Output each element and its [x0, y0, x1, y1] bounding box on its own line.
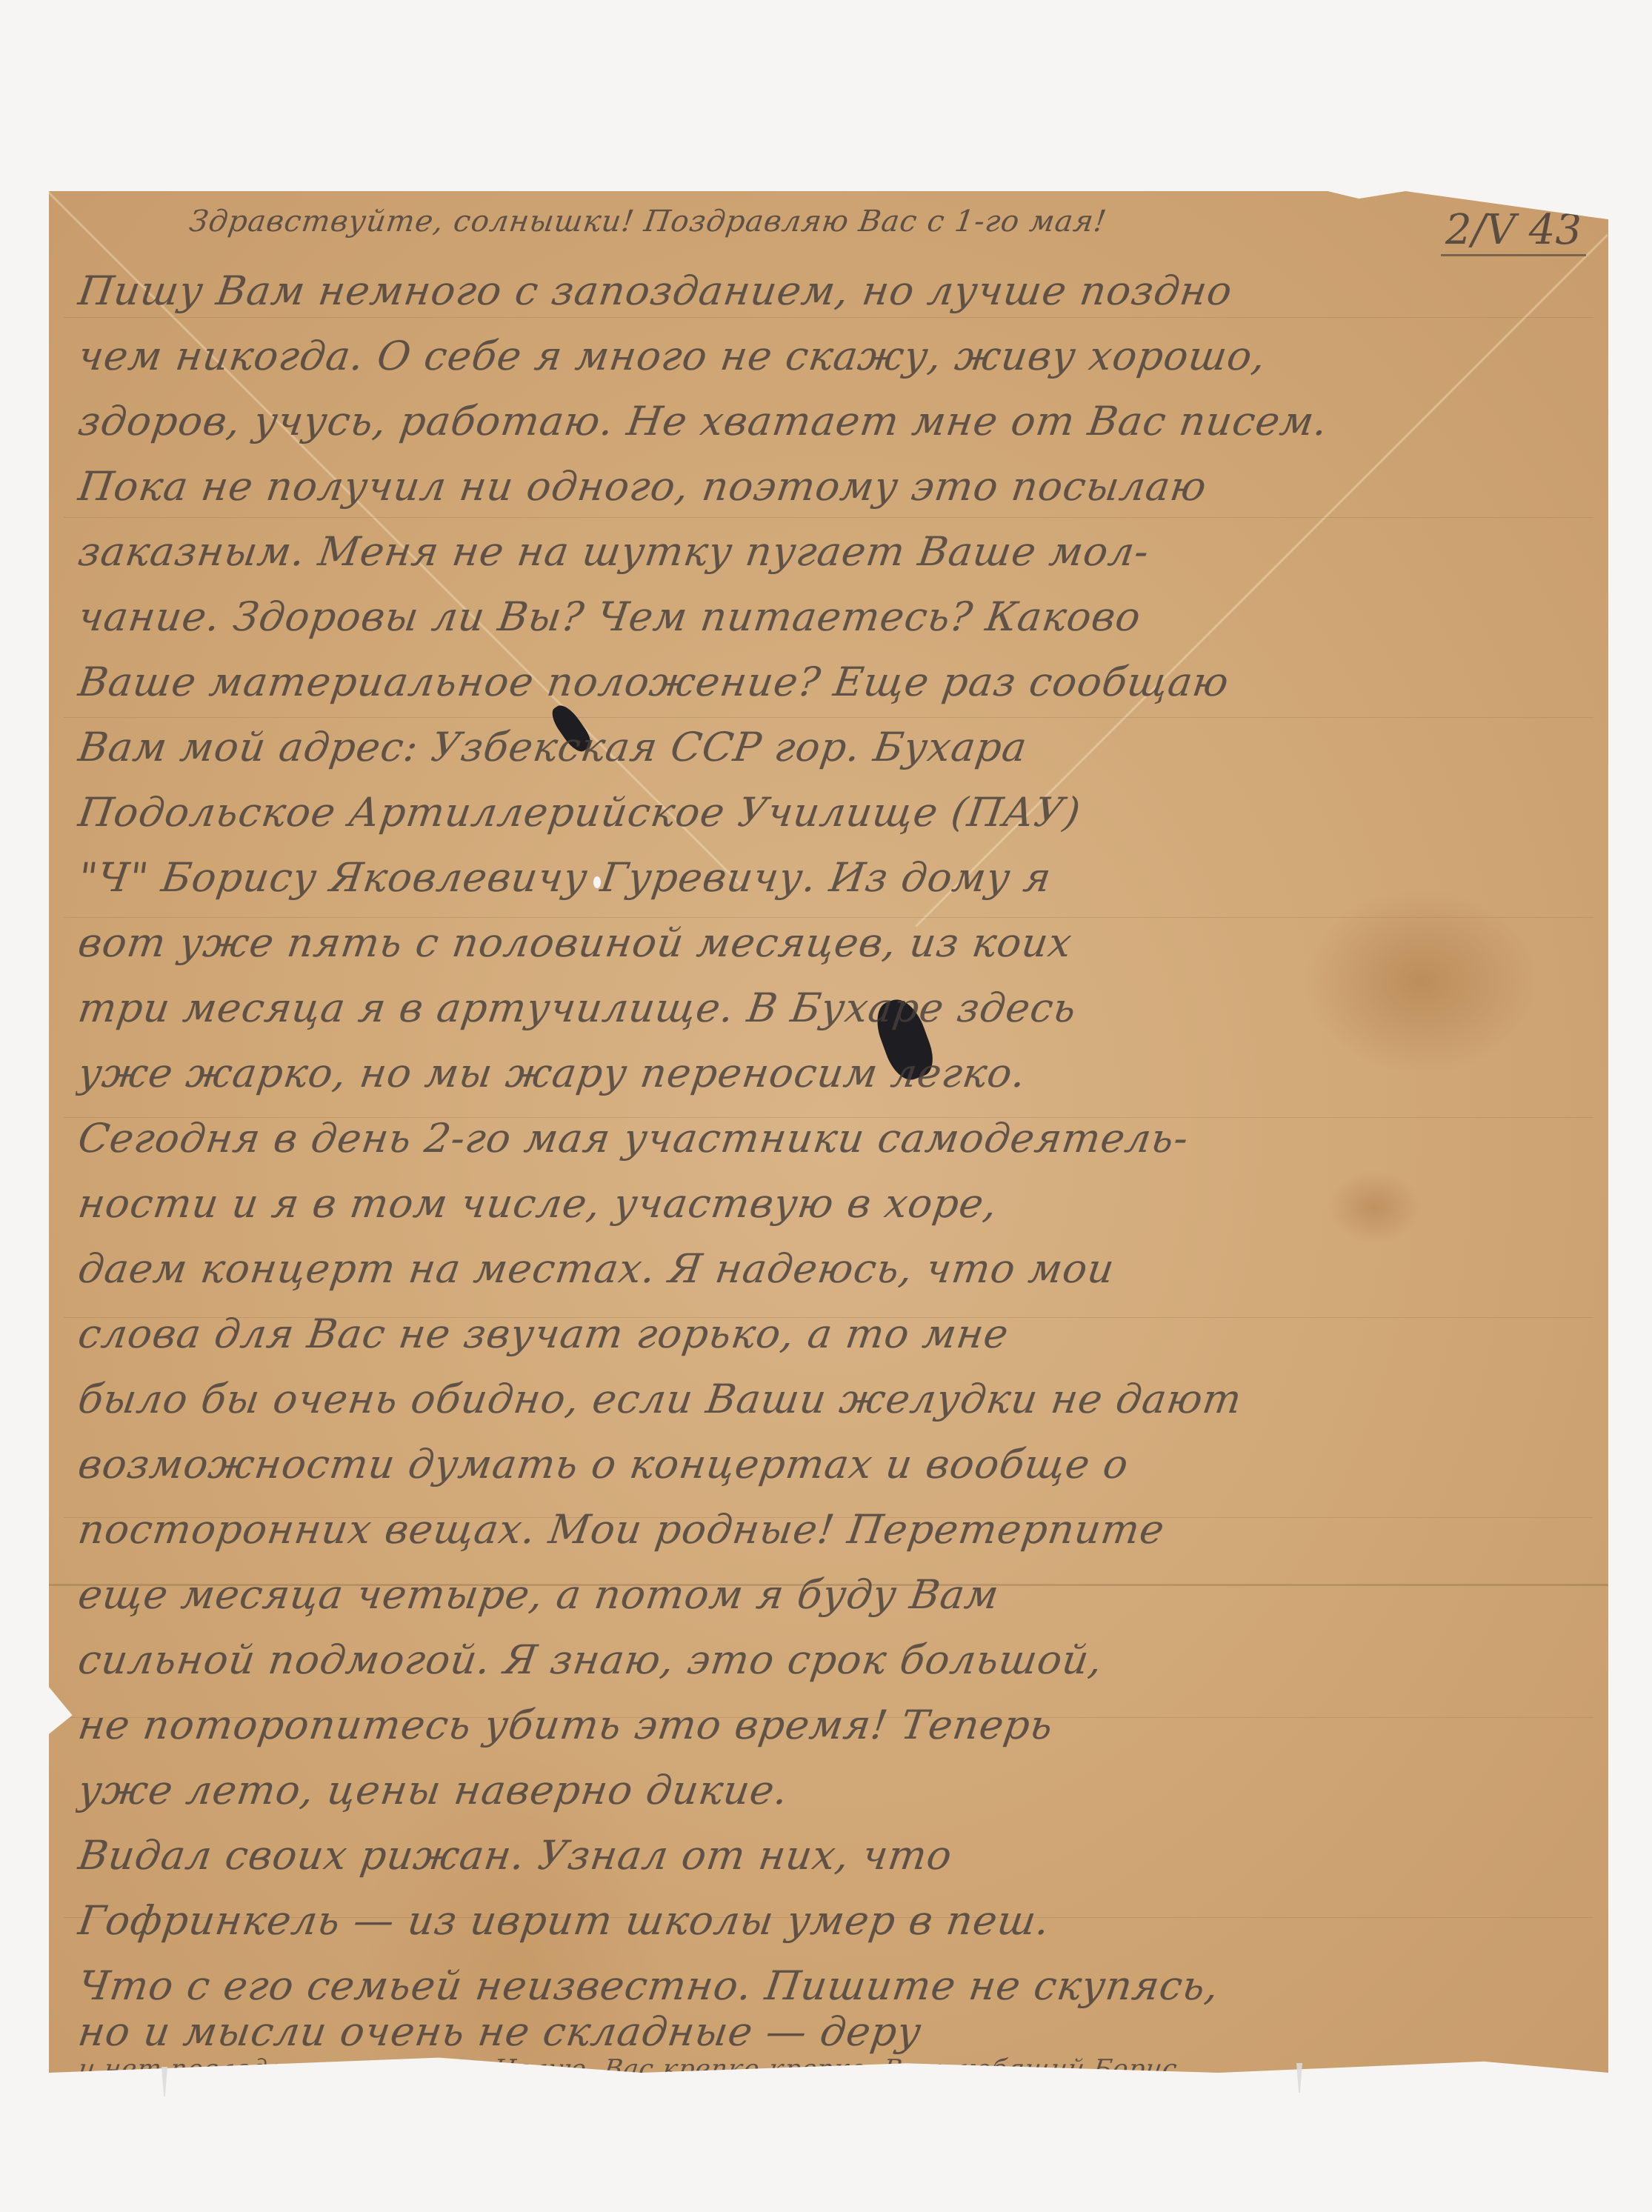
letter-line: было бы очень обидно, если Ваши желудки … [75, 1373, 1597, 1425]
mount-clip-right [1296, 2063, 1302, 2093]
letter-line: возможности думать о концертах и вообще … [75, 1439, 1597, 1490]
letter-line: Подольское Артиллерийское Училище (ПАУ) [75, 787, 1597, 839]
letter-line: вот уже пять с половиной месяцев, из кои… [75, 917, 1597, 969]
letter-line: сильной подмогой. Я знаю, это срок больш… [75, 1634, 1597, 1686]
letter-line: уже жарко, но мы жару переносим легко. [75, 1047, 1597, 1099]
letter-line: посторонних вещах. Мои родные! Перетерпи… [75, 1504, 1597, 1556]
letter-line: еще месяца четыре, а потом я буду Вам [75, 1569, 1597, 1621]
letter-line: Сегодня в день 2-го мая участники самоде… [75, 1113, 1597, 1165]
letter-line: Здравствуйте, солнышки! Поздравляю Вас с… [186, 196, 1405, 247]
letter-line: Пишу Вам немного с запозданием, но лучше… [75, 265, 1597, 317]
letter-line: Что с его семьей неизвестно. Пишите не с… [75, 1960, 1597, 2012]
letter-line: чание. Здоровы ли Вы? Чем питаетесь? Как… [75, 591, 1597, 643]
letter-line: Вам мой адрес: Узбекская ССР гор. Бухара [75, 722, 1597, 773]
letter-line: даем концерт на местах. Я надеюсь, что м… [75, 1243, 1597, 1295]
letter-line: Гофринкель — из иврит школы умер в пеш. [75, 1895, 1597, 1947]
letter-line: не поторопитесь убить это время! Теперь [75, 1699, 1597, 1751]
letter-line: слова для Вас не звучат горько, а то мне [75, 1308, 1597, 1360]
letter-body: Здравствуйте, солнышки! Поздравляю Вас с… [49, 191, 1608, 2073]
mount-clip-left [161, 2067, 167, 2096]
letter-line: здоров, учусь, работаю. Не хватает мне о… [75, 396, 1597, 447]
letter-line: "Ч" Борису Яковлевичу Гуревичу. Из дому … [75, 852, 1597, 904]
letter-paper: 2/V 43 Здравствуйте, солнышки! Поздравля… [49, 191, 1608, 2073]
letter-line: ности и я в том числе, участвую в хоре, [75, 1178, 1597, 1230]
letter-closing-line: и нет последовательности. Целую, Вас кре… [75, 2043, 1597, 2095]
letter-line: уже лето, цены наверно дикие. [75, 1765, 1597, 1816]
letter-line: Пока не получил ни одного, поэтому это п… [75, 461, 1597, 513]
letter-line: Ваше материальное положение? Еще раз соо… [75, 656, 1597, 708]
letter-line: три месяца я в артучилище. В Бухаре здес… [75, 982, 1597, 1034]
letter-line: заказным. Меня не на шутку пугает Ваше м… [75, 526, 1597, 578]
letter-line: Видал своих рижан. Узнал от них, что [75, 1830, 1597, 1882]
letter-line: чем никогда. О себе я много не скажу, жи… [75, 330, 1597, 382]
